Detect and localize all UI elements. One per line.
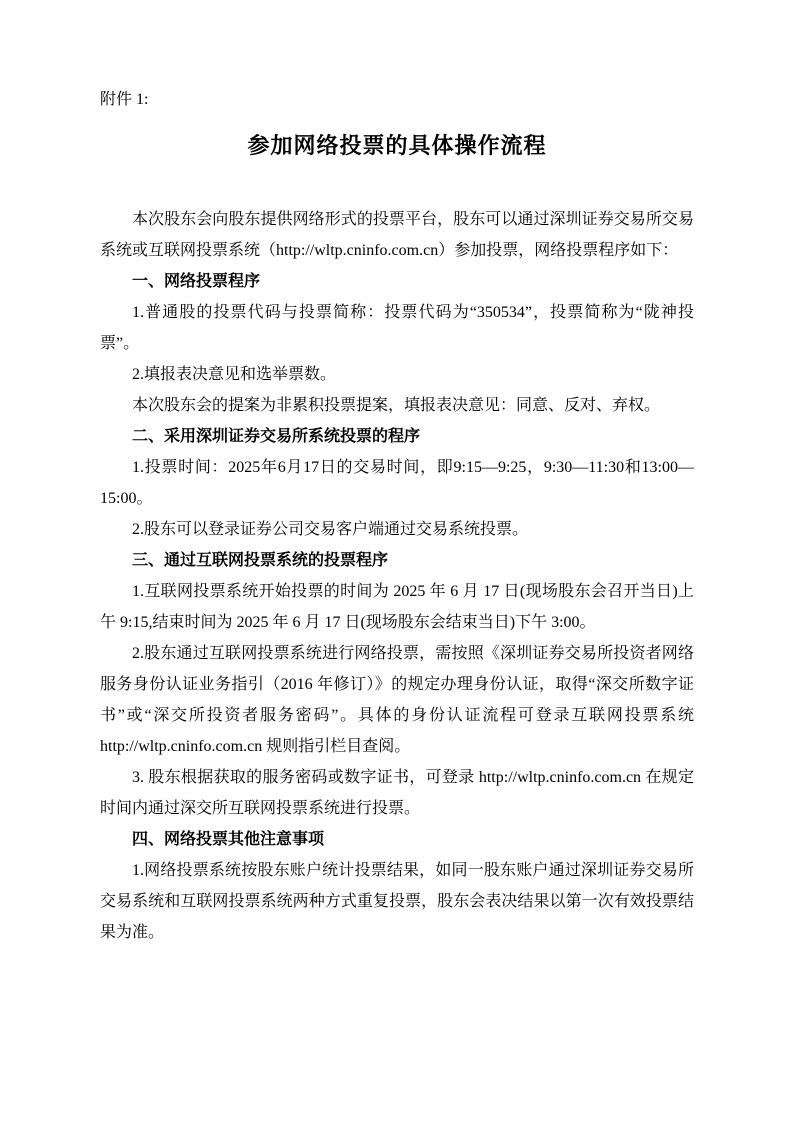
body-paragraph: 3. 股东根据获取的服务密码或数字证书，可登录 http://wltp.cnin…: [100, 762, 694, 824]
document-title: 参加网络投票的具体操作流程: [100, 132, 694, 160]
document-content: 附件 1: 参加网络投票的具体操作流程 本次股东会向股东提供网络形式的投票平台，…: [0, 0, 794, 948]
section-heading: 三、通过互联网投票系统的投票程序: [100, 545, 694, 576]
document-body: 本次股东会向股东提供网络形式的投票平台，股东可以通过深圳证券交易所交易系统或互联…: [100, 204, 694, 948]
section-heading: 一、网络投票程序: [100, 266, 694, 297]
body-paragraph: 1.网络投票系统按股东账户统计投票结果，如同一股东账户通过深圳证券交易所交易系统…: [100, 855, 694, 948]
document-page: 附件 1: 参加网络投票的具体操作流程 本次股东会向股东提供网络形式的投票平台，…: [0, 0, 794, 1122]
body-paragraph: 2.填报表决意见和选举票数。: [100, 359, 694, 390]
section-heading: 四、网络投票其他注意事项: [100, 824, 694, 855]
body-paragraph: 1.互联网投票系统开始投票的时间为 2025 年 6 月 17 日(现场股东会召…: [100, 576, 694, 638]
attachment-label: 附件 1:: [100, 90, 694, 110]
body-paragraph: 2.股东可以登录证券公司交易客户端通过交易系统投票。: [100, 514, 694, 545]
section-heading: 二、采用深圳证券交易所系统投票的程序: [100, 421, 694, 452]
body-paragraph: 本次股东会的提案为非累积投票提案，填报表决意见：同意、反对、弃权。: [100, 390, 694, 421]
body-paragraph: 1.投票时间：2025年6月17日的交易时间，即9:15—9:25，9:30—1…: [100, 452, 694, 514]
body-paragraph: 1.普通股的投票代码与投票简称：投票代码为“350534”，投票简称为“陇神投票…: [100, 297, 694, 359]
body-paragraph: 本次股东会向股东提供网络形式的投票平台，股东可以通过深圳证券交易所交易系统或互联…: [100, 204, 694, 266]
body-paragraph: 2.股东通过互联网投票系统进行网络投票，需按照《深圳证券交易所投资者网络服务身份…: [100, 638, 694, 762]
